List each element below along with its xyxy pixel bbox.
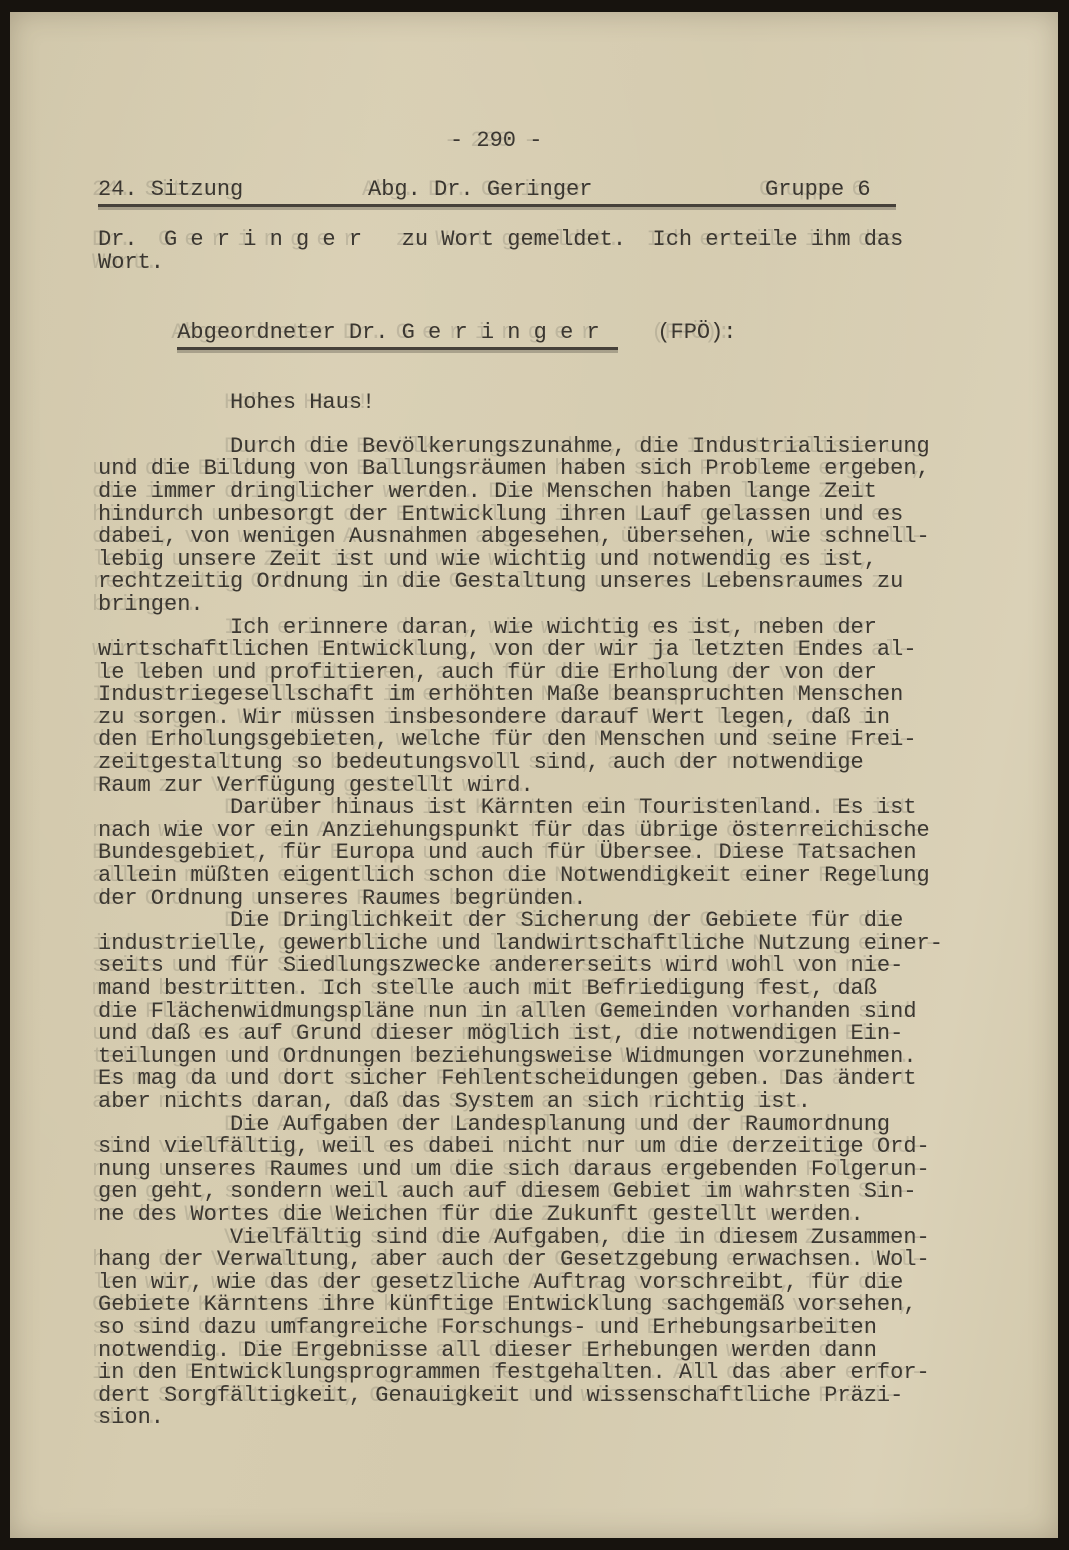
text-line: und die Bildung von Ballungsräumen haben… — [98, 458, 1038, 481]
text-line: nung unseres Raumes und um die sich dara… — [98, 1159, 1038, 1182]
header-session: 24. Sitzung — [98, 179, 368, 202]
header-group: Gruppe 6 — [765, 179, 896, 202]
text-line: Darüber hinaus ist Kärnten ein Touristen… — [98, 797, 1038, 820]
text-line: dert Sorgfältigkeit, Genauigkeit und wis… — [98, 1385, 1038, 1408]
text-line: zu sorgen. Wir müssen insbesondere darau… — [98, 707, 1038, 730]
text-line: gen geht, sondern weil auch auf diesem G… — [98, 1181, 1038, 1204]
text-line: so sind dazu umfangreiche Forschungs- un… — [98, 1317, 1038, 1340]
text-line: Wort. — [98, 252, 1038, 275]
text-line: industrielle, gewerbliche und landwirtsc… — [98, 933, 1038, 956]
document-page: - 290 - 24. Sitzung Abg. Dr. Geringer Gr… — [10, 12, 1058, 1538]
text-line: Bundesgebiet, für Europa und auch für Üb… — [98, 842, 1038, 865]
speaker-name: Abgeordneter Dr. G e r i n g e r — [177, 320, 617, 350]
text-line: wirtschaftlichen Entwicklung, von der wi… — [98, 639, 1038, 662]
text-line: Es mag da und dort sicher Fehlentscheidu… — [98, 1068, 1038, 1091]
paragraph: Ich erinnere daran, wie wichtig es ist, … — [98, 617, 1038, 798]
paragraph: Durch die Bevölkerungszunahme, die Indus… — [98, 436, 1038, 617]
text-line: Vielfältig sind die Aufgaben, die in die… — [98, 1227, 1038, 1250]
text-line: rechtzeitig Ordnung in die Gestaltung un… — [98, 571, 1038, 594]
text-line: in den Entwicklungsprogrammen festgehalt… — [98, 1362, 1038, 1385]
intro-paragraph: Dr. G e r i n g e r zu Wort gemeldet. Ic… — [98, 229, 1038, 274]
text-line: Industriegesellschaft im erhöhten Maße b… — [98, 684, 1038, 707]
paragraph: Die Aufgaben der Landesplanung und der R… — [98, 1114, 1038, 1227]
text-line: bringen. — [98, 594, 1038, 617]
text-line: Raum zur Verfügung gestellt wird. — [98, 775, 1038, 798]
salutation: Hohes Haus! — [98, 392, 1038, 415]
scan-frame: - 290 - 24. Sitzung Abg. Dr. Geringer Gr… — [0, 0, 1069, 1550]
text-line: den Erholungsgebieten, welche für den Me… — [98, 729, 1038, 752]
paragraph: Vielfältig sind die Aufgaben, die in die… — [98, 1227, 1038, 1430]
text-line: notwendig. Die Ergebnisse all dieser Erh… — [98, 1340, 1038, 1363]
text-line: Durch die Bevölkerungszunahme, die Indus… — [98, 436, 1038, 459]
body-text: Durch die Bevölkerungszunahme, die Indus… — [98, 436, 1038, 1430]
text-line: mand bestritten. Ich stelle auch mit Bef… — [98, 978, 1038, 1001]
speaker-heading: Abgeordneter Dr. G e r i n g e r (FPÖ): — [98, 299, 1038, 367]
page-number: - 290 - — [450, 130, 1038, 153]
header-speaker: Abg. Dr. Geringer — [368, 179, 765, 202]
text-line: teilungen und Ordnungen beziehungsweise … — [98, 1046, 1038, 1069]
text-line: der Ordnung unseres Raumes begründen. — [98, 888, 1038, 911]
text-line: ne des Wortes die Weichen für die Zukunf… — [98, 1204, 1038, 1227]
text-line: die immer dringlicher werden. Die Mensch… — [98, 481, 1038, 504]
text-line: und daß es auf Grund dieser möglich ist,… — [98, 1023, 1038, 1046]
text-line: allein müßten eigentlich schon die Notwe… — [98, 865, 1038, 888]
text-line: sion. — [98, 1407, 1038, 1430]
text-line: die Flächenwidmungspläne nun in allen Ge… — [98, 1001, 1038, 1024]
paragraph: Die Dringlichkeit der Sicherung der Gebi… — [98, 910, 1038, 1113]
text-line: zeitgestaltung so bedeutungsvoll sind, a… — [98, 752, 1038, 775]
paragraph: Darüber hinaus ist Kärnten ein Touristen… — [98, 797, 1038, 910]
text-line: dabei, von wenigen Ausnahmen abgesehen, … — [98, 526, 1038, 549]
text-line: Die Aufgaben der Landesplanung und der R… — [98, 1114, 1038, 1137]
text-line: Dr. G e r i n g e r zu Wort gemeldet. Ic… — [98, 229, 1038, 252]
text-line: Ich erinnere daran, wie wichtig es ist, … — [98, 617, 1038, 640]
text-line: aber nichts daran, daß das System an sic… — [98, 1091, 1038, 1114]
text-line: len wir, wie das der gesetzliche Auftrag… — [98, 1272, 1038, 1295]
text-line: Gebiete Kärntens ihre künftige Entwicklu… — [98, 1294, 1038, 1317]
text-line: Die Dringlichkeit der Sicherung der Gebi… — [98, 910, 1038, 933]
text-line: nach wie vor ein Anziehungspunkt für das… — [98, 820, 1038, 843]
text-line: lebig unsere Zeit ist und wie wichtig un… — [98, 549, 1038, 572]
text-line: le leben und profitieren, auch für die E… — [98, 662, 1038, 685]
speaker-party: (FPÖ): — [618, 320, 737, 345]
text-line: sind vielfältig, weil es dabei nicht nur… — [98, 1136, 1038, 1159]
page-header: 24. Sitzung Abg. Dr. Geringer Gruppe 6 — [98, 179, 896, 208]
text-line: hindurch unbesorgt der Entwicklung ihren… — [98, 504, 1038, 527]
text-line: seits und für Siedlungszwecke anderersei… — [98, 955, 1038, 978]
text-line: hang der Verwaltung, aber auch der Geset… — [98, 1249, 1038, 1272]
